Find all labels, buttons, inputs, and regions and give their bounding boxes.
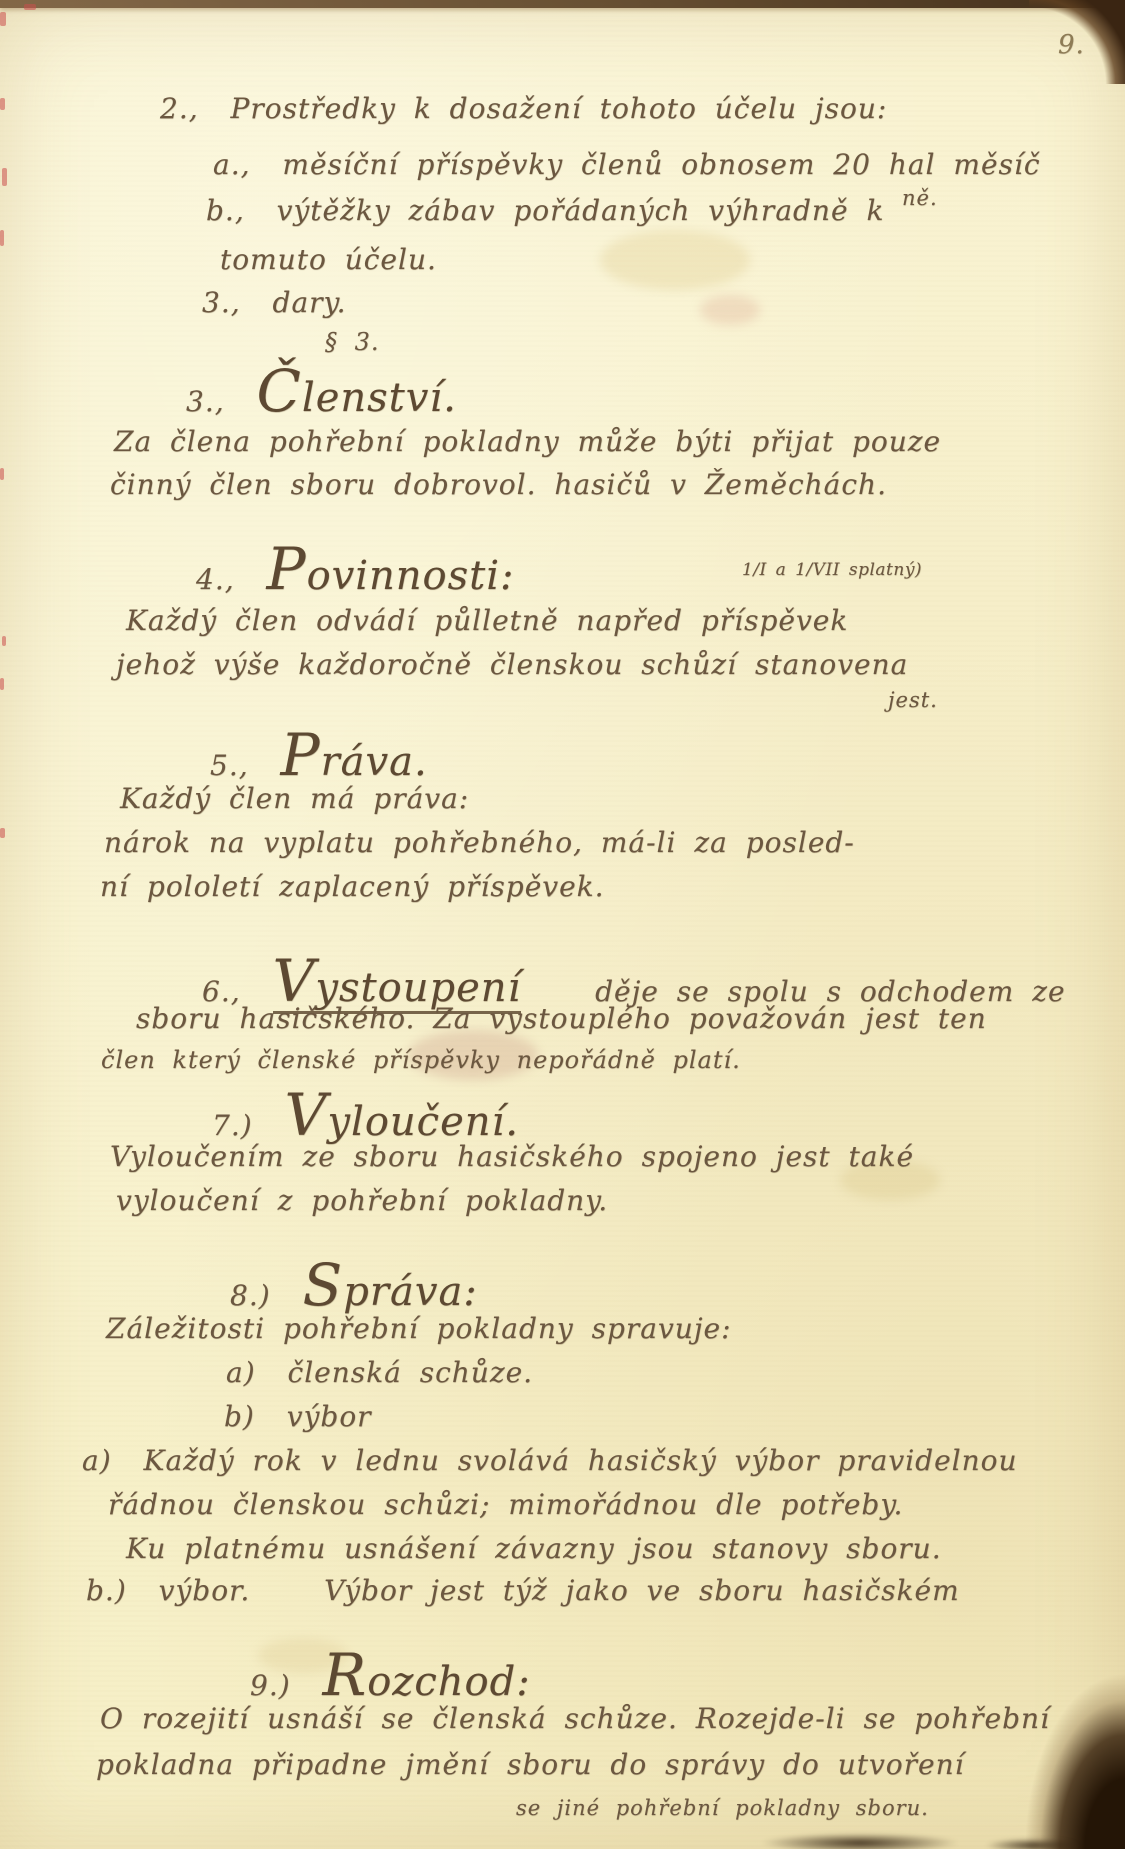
section-8-number: 8.) [230,1279,271,1312]
item-dary-text: dary. [273,286,347,319]
bottom-right-corner-shadow [1025,1674,1125,1849]
section-3-title: Členství. [257,362,457,420]
section-2-number: 2., [160,92,199,125]
section-8-sub-b-line: b.) výbor. Výbor jest týž jako ve sboru … [86,1574,960,1607]
section-7-number: 7.) [212,1109,253,1142]
item-b-text: výtěžky zábav pořádaných výhradně k [277,194,885,227]
section-8-item-b: b) výbor [224,1400,372,1433]
section-3-line: činný člen sboru dobrovol. hasičů v Žemě… [110,468,887,501]
section-4-title: Povinnosti: [267,540,515,598]
section-7-title: Vyloučení. [285,1086,519,1144]
section-8-sub-a-line: a) Každý rok v lednu svolává hasičský vý… [82,1444,1018,1477]
page-number: 9. [1058,30,1085,60]
red-speck [0,98,5,110]
section-8-sub-b-number: b.) [86,1574,127,1607]
section-9-line: pokladna připadne jmění sboru do správy … [96,1748,965,1781]
section-9-heading: 9.) Rozchod: [250,1646,531,1704]
bottom-edge-stain [985,1838,1080,1849]
section-7-line: vyloučení z pohřební pokladny. [116,1184,608,1217]
red-speck [0,468,4,480]
item-a-text: měsíční příspěvky členů obnosem 20 hal m… [282,148,1040,181]
manuscript-page: 9. 2., Prostředky k dosažení tohoto účel… [0,0,1125,1849]
section-8-sub-a-line: řádnou členskou schůzi; mimořádnou dle p… [108,1488,903,1521]
item-b-line: b., výtěžky zábav pořádaných výhradně k [206,194,884,227]
item-a-number: a., [213,148,251,181]
section-8-sub-a-line: Ku platnému usnášení závazny jsou stanov… [126,1532,942,1565]
item-a-carryover: ně. [902,186,938,210]
section-3-line: Za člena pohřební pokladny může býti při… [114,425,941,458]
item-b-number: b., [206,194,245,227]
paper-stain [700,295,760,325]
section-8-sub-a-number: a) [82,1444,112,1477]
section-3-heading: 3., Členství. [186,362,457,420]
section-5-heading: 5., Práva. [210,726,428,784]
section-8-sub-a-text: Každý rok v lednu svolává hasičský výbor… [144,1444,1018,1477]
section-9-number: 9.) [250,1669,291,1702]
section-8-item-a: a) členská schůze. [226,1356,533,1389]
section-5-line: Každý člen má práva: [120,782,469,815]
section-5-title: Práva. [281,726,428,784]
item-b-line-2: tomuto účelu. [220,243,437,276]
section-8-sub-b-text: Výbor jest týž jako ve sboru hasičském [324,1574,960,1607]
section-8-sub-b-label: výbor. [159,1574,251,1607]
top-edge-shadow [0,0,1125,8]
bottom-edge-stain [760,1833,960,1849]
item-a-line: a., měsíční příspěvky členů obnosem 20 h… [213,148,1041,181]
item-dary-number: 3., [202,286,241,319]
section-9-carryover: se jiné pohřební pokladny sboru. [516,1796,929,1820]
section-6-line: sboru hasičského. Za vystouplého považov… [136,1002,987,1035]
red-speck [0,828,5,838]
section-5-line: nárok na vyplatu pohřebného, má-li za po… [104,826,855,859]
red-speck [0,12,6,26]
section-3-number: 3., [186,385,225,418]
section-2-intro: 2., Prostředky k dosažení tohoto účelu j… [160,92,887,125]
section-4-annotation: 1/I a 1/VII splatný) [742,560,922,580]
section-4-heading: 4., Povinnosti: [196,540,515,598]
section-2-intro-text: Prostředky k dosažení tohoto účelu jsou: [231,92,888,125]
paper-stain [600,230,750,290]
section-4-line: jehož výše každoročně členskou schůzí st… [116,648,908,681]
section-8-item-b-text: výbor [287,1400,372,1433]
red-speck [0,230,4,246]
red-speck [2,636,6,646]
section-9-title: Rozchod: [323,1646,531,1704]
item-dary-line: 3., dary. [202,286,347,319]
section-8-intro: Záležitosti pohřební pokladny spravuje: [106,1312,732,1345]
paragraph-mark: § 3. [325,328,380,356]
section-8-title: Správa: [303,1256,478,1314]
section-5-line: ní pololetí zaplacený příspěvek. [100,870,605,903]
red-speck [0,678,4,690]
section-5-number: 5., [210,749,249,782]
section-9-line: O rozejití usnáší se členská schůze. Roz… [100,1702,1050,1735]
section-4-number: 4., [196,563,235,596]
red-speck [2,168,7,186]
section-8-item-b-number: b) [224,1400,255,1433]
section-7-heading: 7.) Vyloučení. [212,1086,519,1144]
section-4-line: Každý člen odvádí půlletně napřed příspě… [126,604,848,637]
section-4-carryover: jest. [888,688,938,712]
section-8-item-a-number: a) [226,1356,256,1389]
section-8-heading: 8.) Správa: [230,1256,478,1314]
red-speck [24,4,36,10]
section-7-line: Vyloučením ze sboru hasičského spojeno j… [110,1140,914,1173]
section-6-line: člen který členské příspěvky nepořádně p… [101,1046,741,1074]
section-8-item-a-text: členská schůze. [288,1356,534,1389]
